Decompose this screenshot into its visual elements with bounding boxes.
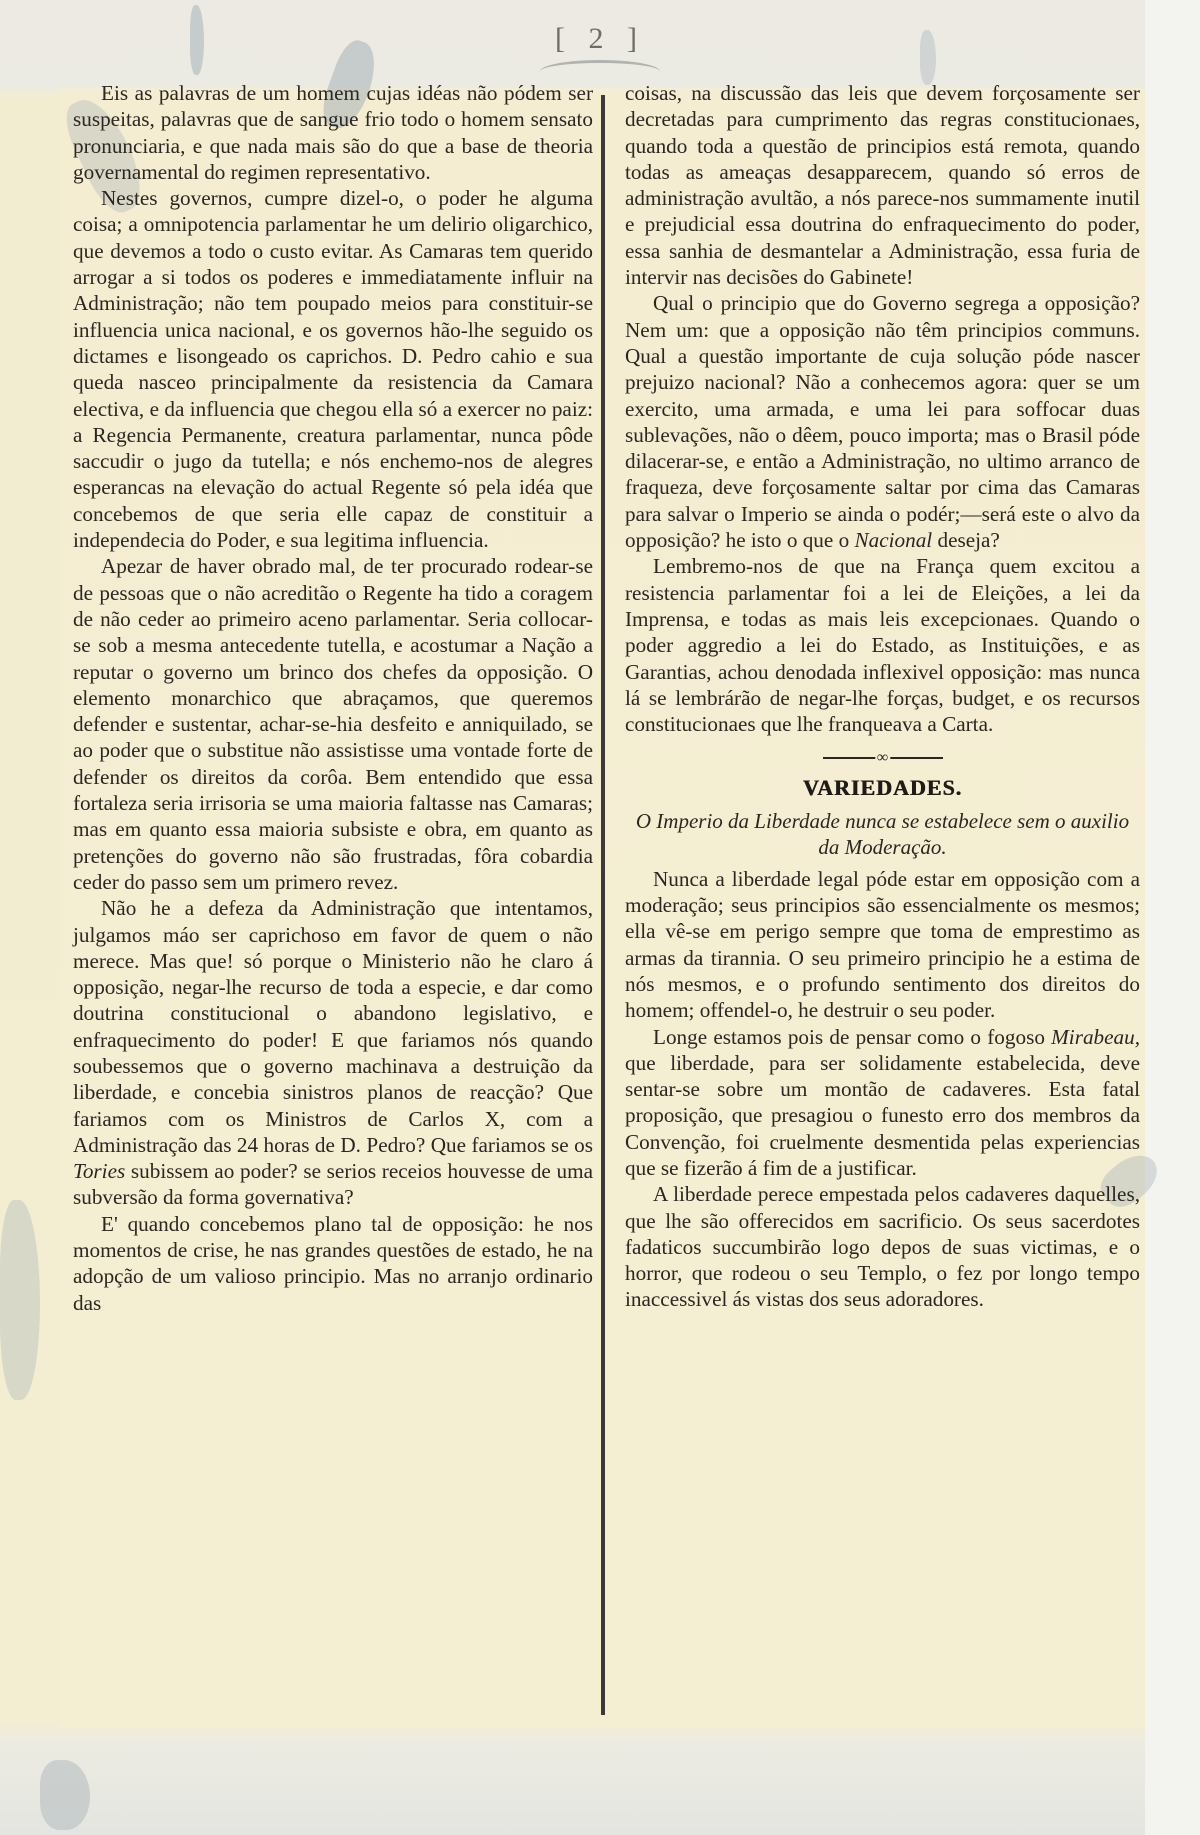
paragraph-text: Nunca a liberdade legal póde estar em op… xyxy=(625,867,1140,1022)
paragraph: Longe estamos pois de pensar como o fogo… xyxy=(625,1024,1140,1182)
section-title: VARIEDADES. xyxy=(625,775,1140,801)
paragraph-text: coisas, na discussão das leis que devem … xyxy=(625,81,1140,289)
ornamental-divider xyxy=(823,755,943,761)
paragraph: Eis as palavras de um homem cujas idéas … xyxy=(73,80,593,185)
water-stain xyxy=(190,5,204,75)
paragraph-text: Nestes governos, cumpre dizel-o, o poder… xyxy=(73,186,593,552)
paragraph: Apezar de haver obrado mal, de ter procu… xyxy=(73,553,593,895)
paragraph: A liberdade perece empestada pelos cadav… xyxy=(625,1181,1140,1312)
paragraph: Nunca a liberdade legal póde estar em op… xyxy=(625,866,1140,1024)
italic-term: Tories xyxy=(73,1159,125,1183)
page-right-margin xyxy=(1145,0,1200,1835)
paragraph: Lembremo-nos de que na França quem excit… xyxy=(625,553,1140,737)
paragraph-text: E' quando concebemos plano tal de opposi… xyxy=(73,1212,593,1315)
left-column: Eis as palavras de um homem cujas idéas … xyxy=(73,80,593,1316)
water-stain xyxy=(40,1760,90,1830)
paragraph-text: Eis as palavras de um homem cujas idéas … xyxy=(73,81,593,184)
paragraph: Qual o principio que do Governo segrega … xyxy=(625,290,1140,553)
page-number: [ 2 ] xyxy=(555,22,645,56)
italic-term: Nacional xyxy=(854,528,932,552)
column-divider xyxy=(601,95,605,1715)
paragraph: Não he a defeza da Administração que int… xyxy=(73,895,593,1211)
paragraph: E' quando concebemos plano tal de opposi… xyxy=(73,1211,593,1316)
paragraph-text: deseja? xyxy=(937,528,999,552)
water-stain xyxy=(0,1200,40,1400)
italic-term: Mirabeau, xyxy=(1051,1025,1140,1049)
paragraph-continuation: coisas, na discussão das leis que devem … xyxy=(625,80,1140,290)
right-column: coisas, na discussão das leis que devem … xyxy=(625,80,1140,1313)
paragraph-text: subissem ao poder? se serios receios hou… xyxy=(73,1159,593,1209)
paragraph-text: A liberdade perece empestada pelos cadav… xyxy=(625,1182,1140,1311)
paragraph-text: Apezar de haver obrado mal, de ter procu… xyxy=(73,554,593,894)
paragraph: Nestes governos, cumpre dizel-o, o poder… xyxy=(73,185,593,553)
paragraph-text: Lembremo-nos de que na França quem excit… xyxy=(625,554,1140,736)
paragraph-text: Qual o principio que do Governo segrega … xyxy=(625,291,1140,552)
paragraph-text: que liberdade, para ser solidamente esta… xyxy=(625,1051,1140,1180)
water-stain xyxy=(920,30,936,85)
paragraph-text: Não he a defeza da Administração que int… xyxy=(73,896,593,1157)
section-subtitle: O Imperio da Liberdade nunca se estabele… xyxy=(635,808,1130,860)
paragraph-text: Longe estamos pois de pensar como o fogo… xyxy=(653,1025,1045,1049)
newspaper-page: [ 2 ] Eis as palavras de um homem cujas … xyxy=(0,0,1200,1835)
